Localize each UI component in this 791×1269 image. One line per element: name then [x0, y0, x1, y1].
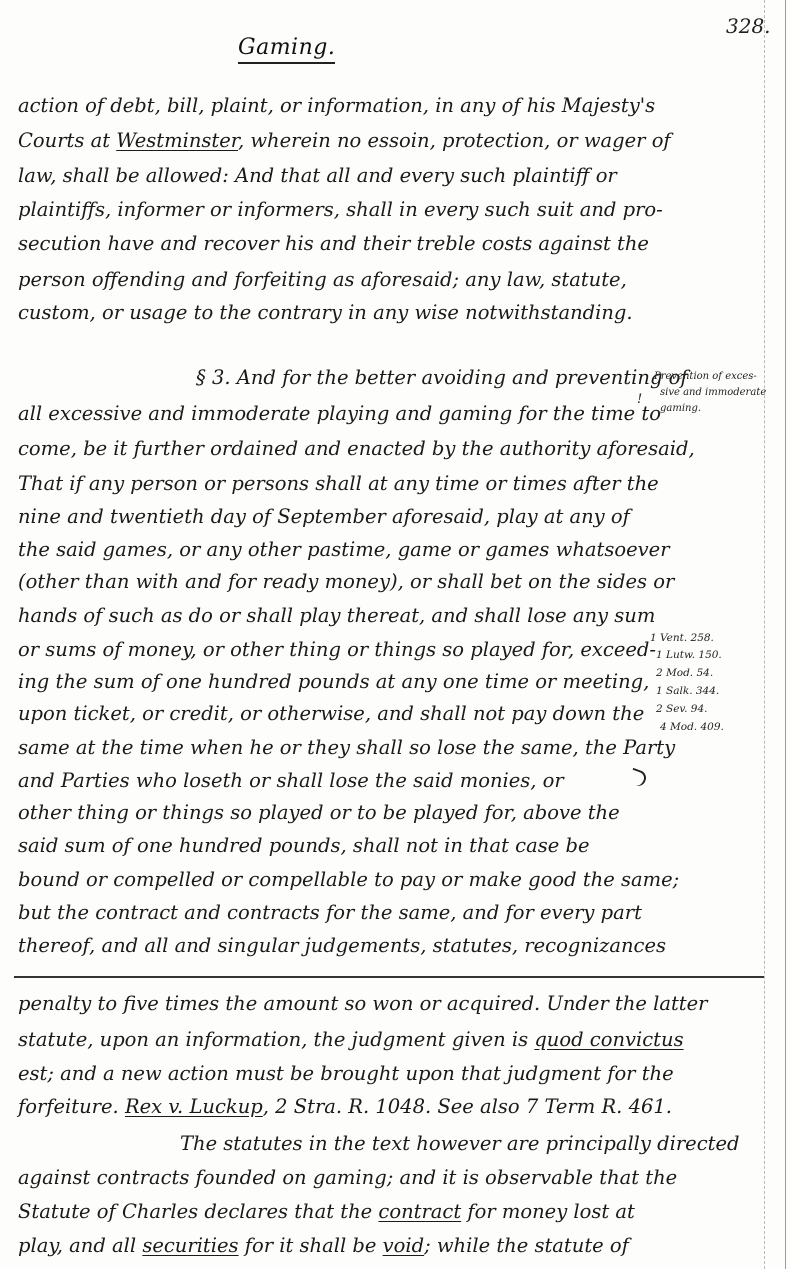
footnote-line: est; and a new action must be brought up…	[18, 1064, 674, 1084]
text-line: same at the time when he or they shall s…	[18, 738, 675, 758]
underlined-term: quod convictus	[534, 1028, 683, 1051]
text-line: action of debt, bill, plaint, or informa…	[18, 96, 655, 116]
text-line: plaintiffs, informer or informers, shall…	[18, 200, 663, 220]
margin-rule	[764, 0, 765, 1269]
text-line: Courts at Westminster, wherein no essoin…	[18, 131, 671, 151]
page-number: 328.	[726, 14, 771, 38]
underlined-term: void	[383, 1234, 424, 1257]
footnote-line: The statutes in the text however are pri…	[180, 1134, 740, 1154]
footnote-line: penalty to five times the amount so won …	[18, 994, 708, 1014]
footnote-line: statute, upon an information, the judgme…	[18, 1030, 684, 1050]
footnote-line: Statute of Charles declares that the con…	[18, 1202, 635, 1222]
manuscript-page: Gaming. 328. action of debt, bill, plain…	[0, 0, 791, 1269]
citation-line: 2 Sev. 94.	[656, 704, 708, 715]
margin-note-line: Prevention of exces-	[654, 372, 757, 382]
citation-line: 1 Salk. 344.	[656, 686, 719, 697]
text-line: bound or compelled or compellable to pay…	[18, 870, 679, 890]
footnote-divider	[14, 976, 764, 978]
text-line: nine and twentieth day of September afor…	[18, 507, 630, 527]
text-line: That if any person or persons shall at a…	[18, 474, 659, 494]
text-line: but the contract and contracts for the s…	[18, 903, 642, 923]
text-line: hands of such as do or shall play therea…	[18, 606, 655, 626]
footnote-line: against contracts founded on gaming; and…	[18, 1168, 677, 1188]
text-line: (other than with and for ready money), o…	[18, 572, 674, 592]
citation-line: 4 Mod. 409.	[660, 722, 724, 733]
text-line: custom, or usage to the contrary in any …	[18, 303, 633, 323]
text-line: ing the sum of one hundred pounds at any…	[18, 672, 649, 692]
bracket-mark	[628, 768, 649, 789]
citation-line: 1 Lutw. 150.	[656, 650, 722, 661]
text-line: thereof, and all and singular judgements…	[18, 936, 666, 956]
page-heading: Gaming.	[238, 36, 335, 64]
footnote-line: play, and all securities for it shall be…	[18, 1236, 629, 1256]
text-line: § 3. And for the better avoiding and pre…	[196, 368, 688, 388]
underlined-term: contract	[378, 1200, 461, 1223]
citation-line: 1 Vent. 258.	[650, 633, 714, 644]
underlined-term: Rex v. Luckup	[125, 1095, 263, 1118]
text-line: secution have and recover his and their …	[18, 234, 649, 254]
underlined-term: Westminster	[116, 129, 238, 152]
text-line: and Parties who loseth or shall lose the…	[18, 771, 564, 791]
insertion-mark: !	[637, 392, 642, 407]
text-line: all excessive and immoderate playing and…	[18, 404, 661, 424]
text-line: the said games, or any other pastime, ga…	[18, 540, 670, 560]
citation-line: 2 Mod. 54.	[656, 668, 713, 679]
page-edge-rule	[785, 0, 786, 1269]
text-line: or sums of money, or other thing or thin…	[18, 640, 656, 660]
text-line: said sum of one hundred pounds, shall no…	[18, 836, 590, 856]
footnote-line: forfeiture. Rex v. Luckup, 2 Stra. R. 10…	[18, 1097, 672, 1117]
underlined-term: securities	[142, 1234, 238, 1257]
margin-note-line: sive and immoderate	[660, 388, 766, 398]
text-line: law, shall be allowed: And that all and …	[18, 166, 617, 186]
margin-note-line: gaming.	[660, 404, 701, 414]
text-line: upon ticket, or credit, or otherwise, an…	[18, 704, 644, 724]
text-line: person offending and forfeiting as afore…	[18, 270, 627, 290]
text-line: other thing or things so played or to be…	[18, 803, 620, 823]
text-line: come, be it further ordained and enacted…	[18, 439, 695, 459]
